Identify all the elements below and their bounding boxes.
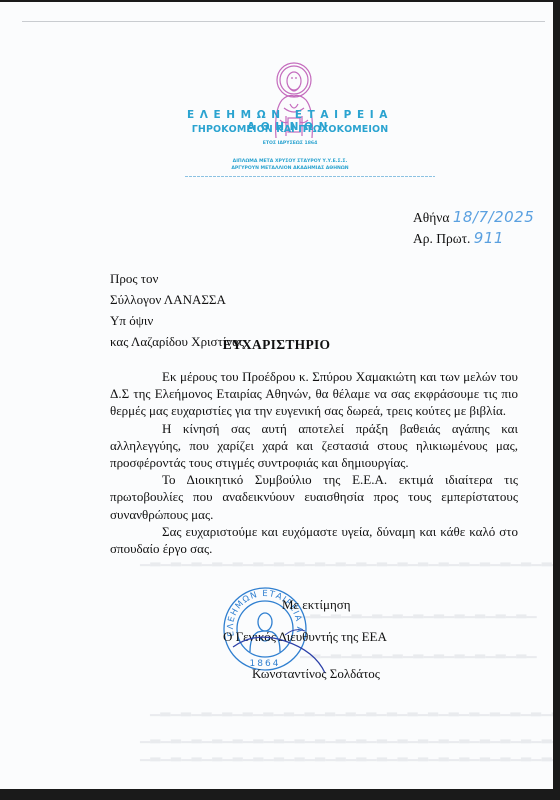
recipient-line: Υπ όψιν	[110, 310, 244, 331]
protocol-line: Αρ. Πρωτ. 911	[413, 228, 534, 249]
bleed-through-text: ▁▂▁▂▁▂▁▂▁▂▁▂▁▂▁▂▁▂▁▂▁▂▁▂▁▂▁▂▁▂▁▂▁▂▁▂▁▂▁▂…	[140, 745, 553, 763]
body-paragraph: Εκ μέρους του Προέδρου κ. Σπύρου Χαμακιώ…	[110, 368, 518, 420]
body-paragraph: Το Διοικητικό Συμβούλιο της Ε.Ε.Α. εκτιμ…	[110, 471, 518, 523]
signature-closing: Με εκτίμηση	[282, 597, 351, 613]
date-block: Αθήνα 18/7/2025 Αρ. Πρωτ. 911	[413, 207, 534, 249]
protocol-label: Αρ. Πρωτ.	[413, 231, 470, 246]
body-paragraph: Σας ευχαριστούμε και ευχόμαστε υγεία, δύ…	[110, 523, 518, 557]
scan-edge-line	[22, 21, 545, 22]
bleed-through-text: ▁▂▁▂▁▂▁▂▁▂▁▂▁▂▁▂▁▂▁▂▁▂▁▂▁▂▁▂▁▂▁▂▁▂▁▂▁▂▁▂…	[150, 700, 553, 718]
recipient-line: Σύλλογον ΛΑΝΑΣΣΑ	[110, 289, 244, 310]
letterhead-award-2: ΑΡΓΥΡΟΥΝ ΜΕΤΑΛΛΙΟΝ ΑΚΑΔΗΜΙΑΣ ΑΘΗΝΩΝ	[140, 166, 440, 171]
place-label: Αθήνα	[413, 210, 449, 225]
letterhead-founded: ΕΤΟΣ ΙΔΡΥΣΕΩΣ 1864	[140, 141, 440, 146]
body-paragraph: Η κίνησή σας αυτή αποτελεί πράξη βαθειάς…	[110, 420, 518, 472]
date-line: Αθήνα 18/7/2025	[413, 207, 534, 228]
letter-body: Εκ μέρους του Προέδρου κ. Σπύρου Χαμακιώ…	[110, 368, 518, 557]
document-title: ΕΥΧΑΡΙΣΤΗΡΙΟ	[0, 337, 553, 353]
letterhead-subtitle: ΓΗΡΟΚΟΜΕΙΟΝ ΚΑΙ ΠΤΩΧΟΚΟΜΕΙΟΝ	[140, 124, 440, 135]
letterhead-award-1: ΔΙΠΛΩΜΑ ΜΕΤΑ ΧΡΥΣΟΥ ΣΤΑΥΡΟΥ Υ.Υ.Ε.Σ.Σ.	[140, 159, 440, 164]
handwritten-date: 18/7/2025	[453, 208, 534, 226]
document-page: ▁▂▁▂▁▂▁▂▁▂▁▂▁▂▁▂▁▂▁▂▁▂▁▂▁▂▁▂▁▂▁▂▁▂▁▂▁▂▁▂…	[0, 2, 553, 789]
bleed-through-text: ▁▂▁▂▁▂▁▂▁▂▁▂▁▂▁▂▁▂▁▂▁▂▁▂▁▂▁▂▁▂▁▂▁▂▁▂▁▂▁▂…	[140, 727, 553, 745]
signature-name: Κωνσταντίνος Σολδάτος	[252, 666, 380, 682]
handwritten-protocol-number: 911	[474, 229, 504, 247]
recipient-line: Προς τον	[110, 268, 244, 289]
letterhead-divider	[185, 176, 435, 177]
